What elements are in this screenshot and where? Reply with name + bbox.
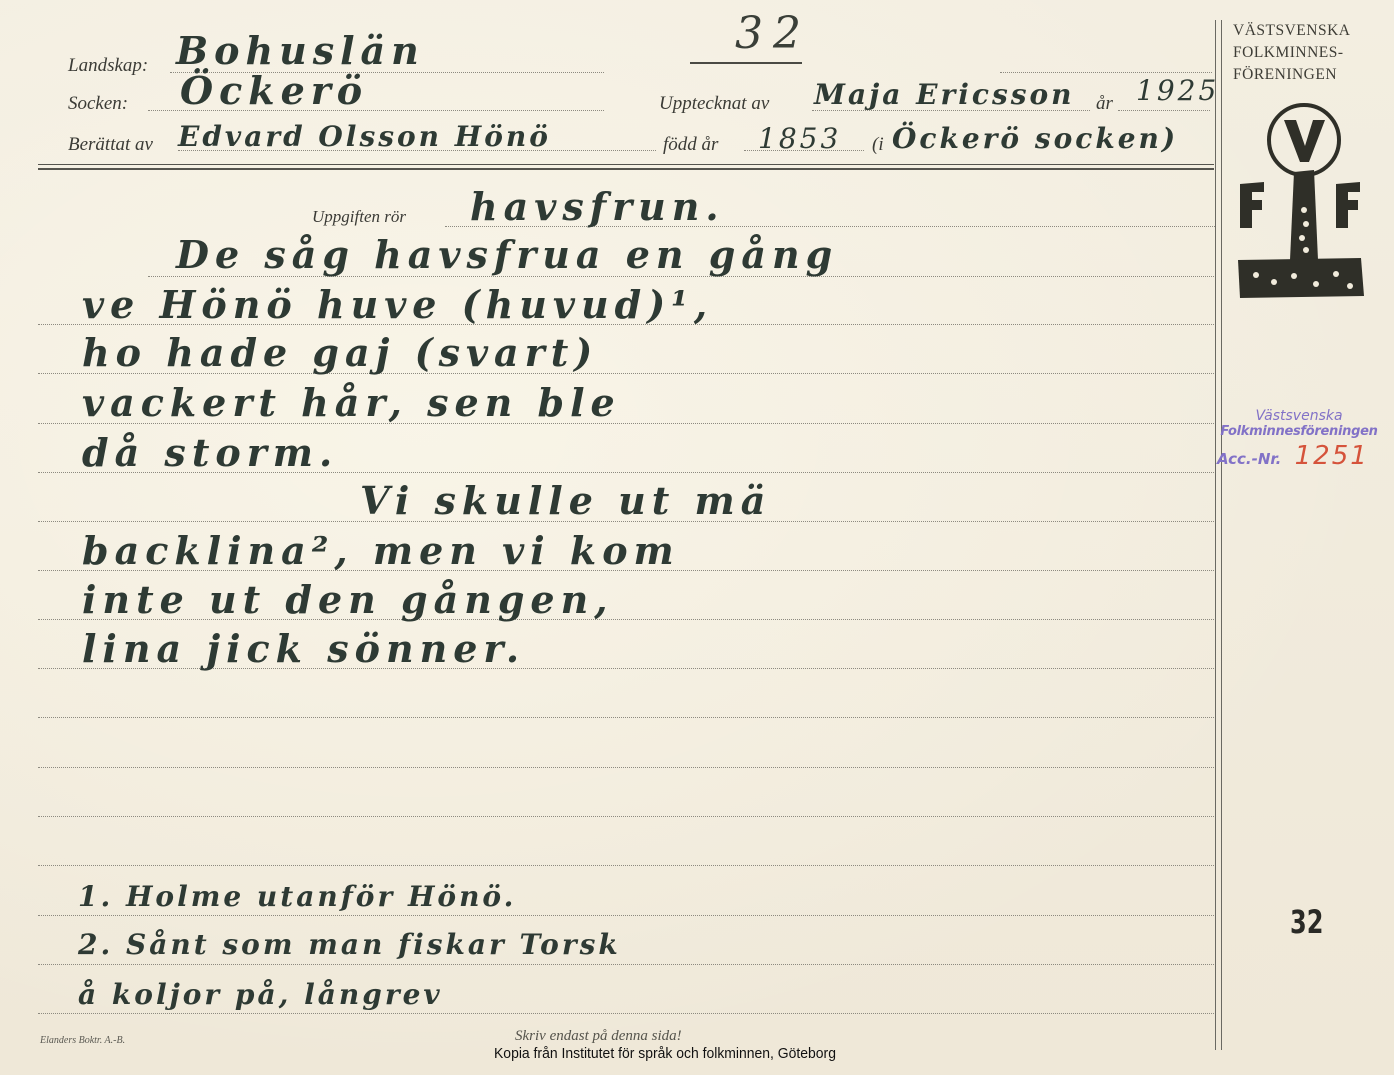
top-right-line [1000,72,1212,73]
year-line [1118,110,1210,111]
column-rule-right [1221,20,1222,1050]
copy-watermark: Kopia från Institutet för språk och folk… [494,1045,836,1062]
header-rule-bottom [38,168,1214,170]
socken-value: Öckerö [180,68,368,113]
stamp-line-1: Västsvenska [1205,408,1393,424]
body-line-7: backlina², men vi kom [82,528,680,573]
org-line-1: VÄSTSVENSKA [1233,20,1378,42]
berattat-av-value: Edvard Olsson Hönö [178,120,551,153]
berattat-av-label: Berättat av [68,134,153,156]
ruled-line [38,865,1214,866]
org-line-2: FOLKMINNES- [1233,42,1378,64]
ruled-line [38,915,1214,916]
body-line-4: vackert hår, sen ble [82,380,621,425]
upptecknat-av-label: Upptecknat av [659,93,769,115]
stamp-acc-number: 1251 [1295,441,1369,471]
document-page: 32 Landskap: Bohuslän Socken: Öckerö Ber… [0,0,1394,1075]
thor-hammer-logo-icon [1236,100,1366,300]
year-value: 1925 [1136,74,1219,107]
ruled-line [38,717,1214,718]
landskap-value: Bohuslän [176,28,425,73]
ruled-line [38,1013,1214,1014]
fodd-socken-value: Öckerö socken) [892,122,1178,155]
printer-credit: Elanders Boktr. A.-B. [40,1035,125,1046]
body-line-6: Vi skulle ut mä [360,478,771,523]
footnote-2: 2. Sånt som man fiskar Torsk [78,928,621,961]
ruled-line [38,964,1214,965]
fodd-ar-value: 1853 [758,122,841,155]
header-rule-top [38,164,1214,165]
stamp-acc-row: Acc.-Nr. 1251 [1205,441,1393,471]
socken-paren-label: (i [872,134,884,156]
body-line-5: då storm. [82,430,338,475]
write-instruction: Skriv endast på denna sida! [515,1028,682,1045]
year-label: år [1096,93,1113,115]
body-line-8: inte ut den gången, [82,577,613,622]
footnote-3: å koljor på, långrev [78,978,443,1011]
landskap-label: Landskap: [68,55,148,77]
organization-name: VÄSTSVENSKA FOLKMINNES- FÖRENINGEN [1233,20,1378,86]
ruled-line [38,767,1214,768]
org-line-3: FÖRENINGEN [1233,64,1378,86]
body-line-9: lina jick sönner. [82,626,525,671]
fodd-ar-label: född år [663,134,718,156]
record-number: 32 [735,8,811,59]
stamp-acc-label: Acc.-Nr. [1217,450,1281,468]
socken-label: Socken: [68,93,128,115]
subject-value: havsfrun. [470,184,725,229]
body-line-1: De såg havsfrua en gång [176,232,838,277]
subject-label: Uppgiften rör [312,207,406,227]
stamp-line-2: Folkminnesföreningen [1205,424,1393,439]
body-line-2: ve Hönö huve (huvud)¹, [82,282,713,327]
column-rule-left [1215,20,1216,1050]
upptecknat-av-value: Maja Ericsson [814,78,1075,111]
ruled-line [38,816,1214,817]
body-line-3: ho hade gaj (svart) [82,330,598,375]
footnote-1: 1. Holme utanför Hönö. [78,880,516,913]
record-number-underline [690,62,802,64]
accession-stamp: Västsvenska Folkminnesföreningen Acc.-Nr… [1205,408,1393,471]
page-number: 32 [1290,903,1323,941]
